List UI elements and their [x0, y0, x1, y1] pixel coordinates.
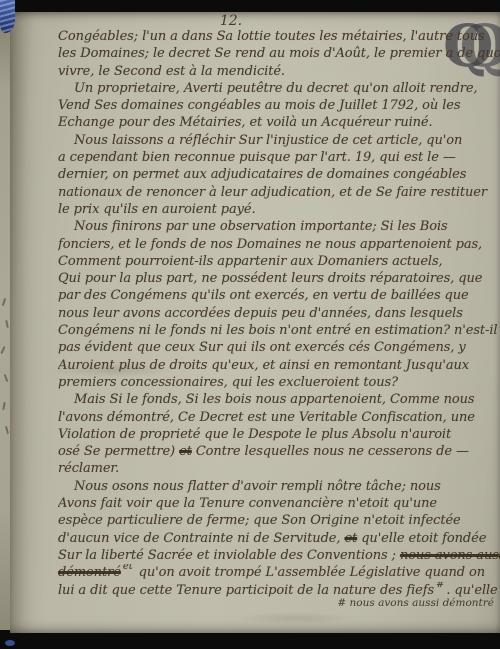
- manuscript-line: Nous laissons a réfléchir Sur l'injustic…: [58, 132, 500, 149]
- manuscript-line: le prix qu'ils en auroient payé.: [58, 201, 500, 218]
- manuscript-text-segment: qu'elle etoit fondée: [357, 531, 486, 546]
- manuscript-page: 12. QQ Congéables; l'un a dans Sa lottie…: [10, 12, 500, 633]
- manuscript-line: fonciers, et le fonds de nos Domaines ne…: [58, 236, 500, 253]
- manuscript-line: les Domaines; le decret Se rend au mois …: [58, 45, 500, 62]
- manuscript-text-segment: Congémens ni le fonds ni les bois n'ont …: [58, 323, 497, 338]
- manuscript-line: Sur la liberté Sacrée et inviolable des …: [58, 547, 500, 564]
- manuscript-text-segment: Auroient plus de droits qu'eux, et ainsi…: [58, 358, 469, 373]
- manuscript-text-segment: Qui pour la plus part, ne possédent leur…: [58, 271, 482, 286]
- manuscript-line: Echange pour des Métairies, et voilà un …: [58, 114, 500, 131]
- manuscript-line: pas évident que ceux Sur qui ils ont exe…: [58, 339, 500, 356]
- manuscript-line: Congémens ni le fonds ni les bois n'ont …: [58, 322, 500, 339]
- manuscript-line: Nous osons nous flatter d'avoir rempli n…: [58, 478, 500, 495]
- manuscript-line: Comment pourroient-ils appartenir aux Do…: [58, 253, 500, 270]
- manuscript-photo: 12. QQ Congéables; l'un a dans Sa lottie…: [0, 0, 500, 649]
- manuscript-text-segment: Congéables; l'un a dans Sa lottie toutes…: [58, 29, 485, 44]
- manuscript-line: Auroient plus de droits qu'eux, et ainsi…: [58, 357, 500, 374]
- manuscript-text-segment: Avons fait voir que la Tenure convenanci…: [58, 496, 437, 511]
- manuscript-text-segment: nationaux de renoncer à leur adjudicatio…: [58, 185, 487, 200]
- manuscript-text-segment: . qu'elle: [446, 583, 497, 598]
- manuscript-text-segment: les Domaines; le decret Se rend au mois …: [58, 46, 500, 61]
- manuscript-line: Qui pour la plus part, ne possédent leur…: [58, 270, 500, 287]
- manuscript-line: Congéables; l'un a dans Sa lottie toutes…: [58, 28, 500, 45]
- manuscript-line: d'aucun vice de Contrainte ni de Servitu…: [58, 530, 500, 547]
- manuscript-text-segment: Sur la liberté Sacrée et inviolable des …: [58, 548, 400, 563]
- manuscript-text-segment: premiers concessionaires, qui les exclue…: [58, 375, 398, 390]
- manuscript-text: Congéables; l'un a dans Sa lottie toutes…: [58, 28, 500, 599]
- manuscript-text-segment: le prix qu'ils en auroient payé.: [58, 202, 256, 217]
- manuscript-line: dernier, on permet aux adjudicataires de…: [58, 166, 500, 183]
- ink-bleed-mark: [2, 402, 5, 410]
- manuscript-text-segment: lui a dit que cette Tenure participoit d…: [58, 583, 434, 598]
- manuscript-text-segment: d'aucun vice de Contrainte ni de Servitu…: [58, 531, 344, 546]
- manuscript-text-segment: Echange pour des Métairies, et voilà un …: [58, 115, 433, 130]
- manuscript-text-segment: dernier, on permet aux adjudicataires de…: [58, 167, 466, 182]
- manuscript-line: nous leur avons accordées depuis peu d'a…: [58, 305, 500, 322]
- manuscript-text-segment: réclamer.: [58, 461, 119, 476]
- manuscript-line: nationaux de renoncer à leur adjudicatio…: [58, 184, 500, 201]
- manuscript-text-segment: Comment pourroient-ils appartenir aux Do…: [58, 254, 443, 269]
- manuscript-text-segment: nous avons aussi: [400, 548, 500, 563]
- manuscript-text-segment: Violation de proprieté que le Despote le…: [58, 427, 451, 442]
- paper-stain: [220, 610, 370, 626]
- manuscript-text-segment: et: [179, 444, 192, 459]
- manuscript-line: Mais Si le fonds, Si les bois nous appar…: [58, 391, 500, 408]
- manuscript-line: réclamer.: [58, 460, 500, 477]
- manuscript-line: Violation de proprieté que le Despote le…: [58, 426, 500, 443]
- ink-bleed-mark: [0, 346, 5, 354]
- manuscript-text-segment: qu'on avoit trompé L'assemblée Législati…: [135, 565, 485, 580]
- manuscript-text-segment: Nous laissons a réfléchir Sur l'injustic…: [74, 133, 462, 148]
- manuscript-line: démontréet qu'on avoit trompé L'assemblé…: [58, 564, 500, 581]
- manuscript-text-segment: espèce particuliere de ferme; que Son Or…: [58, 513, 461, 528]
- footnote-annotation: # nous avons aussi démontré: [337, 597, 494, 609]
- ink-bleed-mark: [2, 298, 6, 306]
- manuscript-line: l'avons démontré, Ce Decret est une Veri…: [58, 409, 500, 426]
- endband-blue-top: [0, 0, 15, 33]
- manuscript-text-segment: et: [344, 531, 357, 546]
- manuscript-text-segment: #: [436, 582, 444, 593]
- ink-bleed-mark: [4, 374, 9, 382]
- manuscript-line: par des Congémens qu'ils ont exercés, en…: [58, 287, 500, 304]
- manuscript-line: a cependant bien reconnue puisque par l'…: [58, 149, 500, 166]
- manuscript-text-segment: Contre lesquelles nous ne cesserons de —: [192, 444, 469, 459]
- manuscript-text-segment: démontré: [58, 565, 121, 580]
- manuscript-text-segment: Mais Si le fonds, Si les bois nous appar…: [74, 392, 475, 407]
- manuscript-line: premiers concessionaires, qui les exclue…: [58, 374, 500, 391]
- manuscript-text-segment: Vend Ses domaines congéables au mois de …: [58, 98, 460, 113]
- page-number: 12.: [10, 13, 452, 29]
- manuscript-line: Un proprietaire, Averti peutêtre du decr…: [58, 80, 500, 97]
- manuscript-line: espèce particuliere de ferme; que Son Or…: [58, 512, 500, 529]
- manuscript-text-segment: par des Congémens qu'ils ont exercés, en…: [58, 288, 469, 303]
- manuscript-line: vivre, le Second est à la mendicité.: [58, 63, 500, 80]
- manuscript-text-segment: fonciers, et le fonds de nos Domaines ne…: [58, 237, 482, 252]
- manuscript-text-segment: Nous osons nous flatter d'avoir rempli n…: [74, 479, 441, 494]
- manuscript-line: Vend Ses domaines congéables au mois de …: [58, 97, 500, 114]
- manuscript-text-segment: Un proprietaire, Averti peutêtre du decr…: [74, 81, 477, 96]
- manuscript-text-segment: vivre, le Second est à la mendicité.: [58, 64, 285, 79]
- endband-blue-bottom: [5, 640, 15, 646]
- manuscript-text-segment: nous leur avons accordées depuis peu d'a…: [58, 306, 463, 321]
- manuscript-text-segment: osé Se permettre): [58, 444, 179, 459]
- manuscript-text-segment: Nous finirons par une observation import…: [74, 219, 448, 234]
- manuscript-text-segment: l'avons démontré, Ce Decret est une Veri…: [58, 410, 475, 425]
- ink-bleed-mark: [5, 426, 9, 434]
- manuscript-text-segment: pas évident que ceux Sur qui ils ont exe…: [58, 340, 466, 355]
- manuscript-line: Nous finirons par une observation import…: [58, 218, 500, 235]
- manuscript-text-segment: a cependant bien reconnue puisque par l'…: [58, 150, 456, 165]
- manuscript-line: Avons fait voir que la Tenure convenanci…: [58, 495, 500, 512]
- manuscript-line: osé Se permettre) et Contre lesquelles n…: [58, 443, 500, 460]
- manuscript-text-segment: et: [123, 564, 133, 575]
- ink-bleed-mark: [5, 320, 9, 328]
